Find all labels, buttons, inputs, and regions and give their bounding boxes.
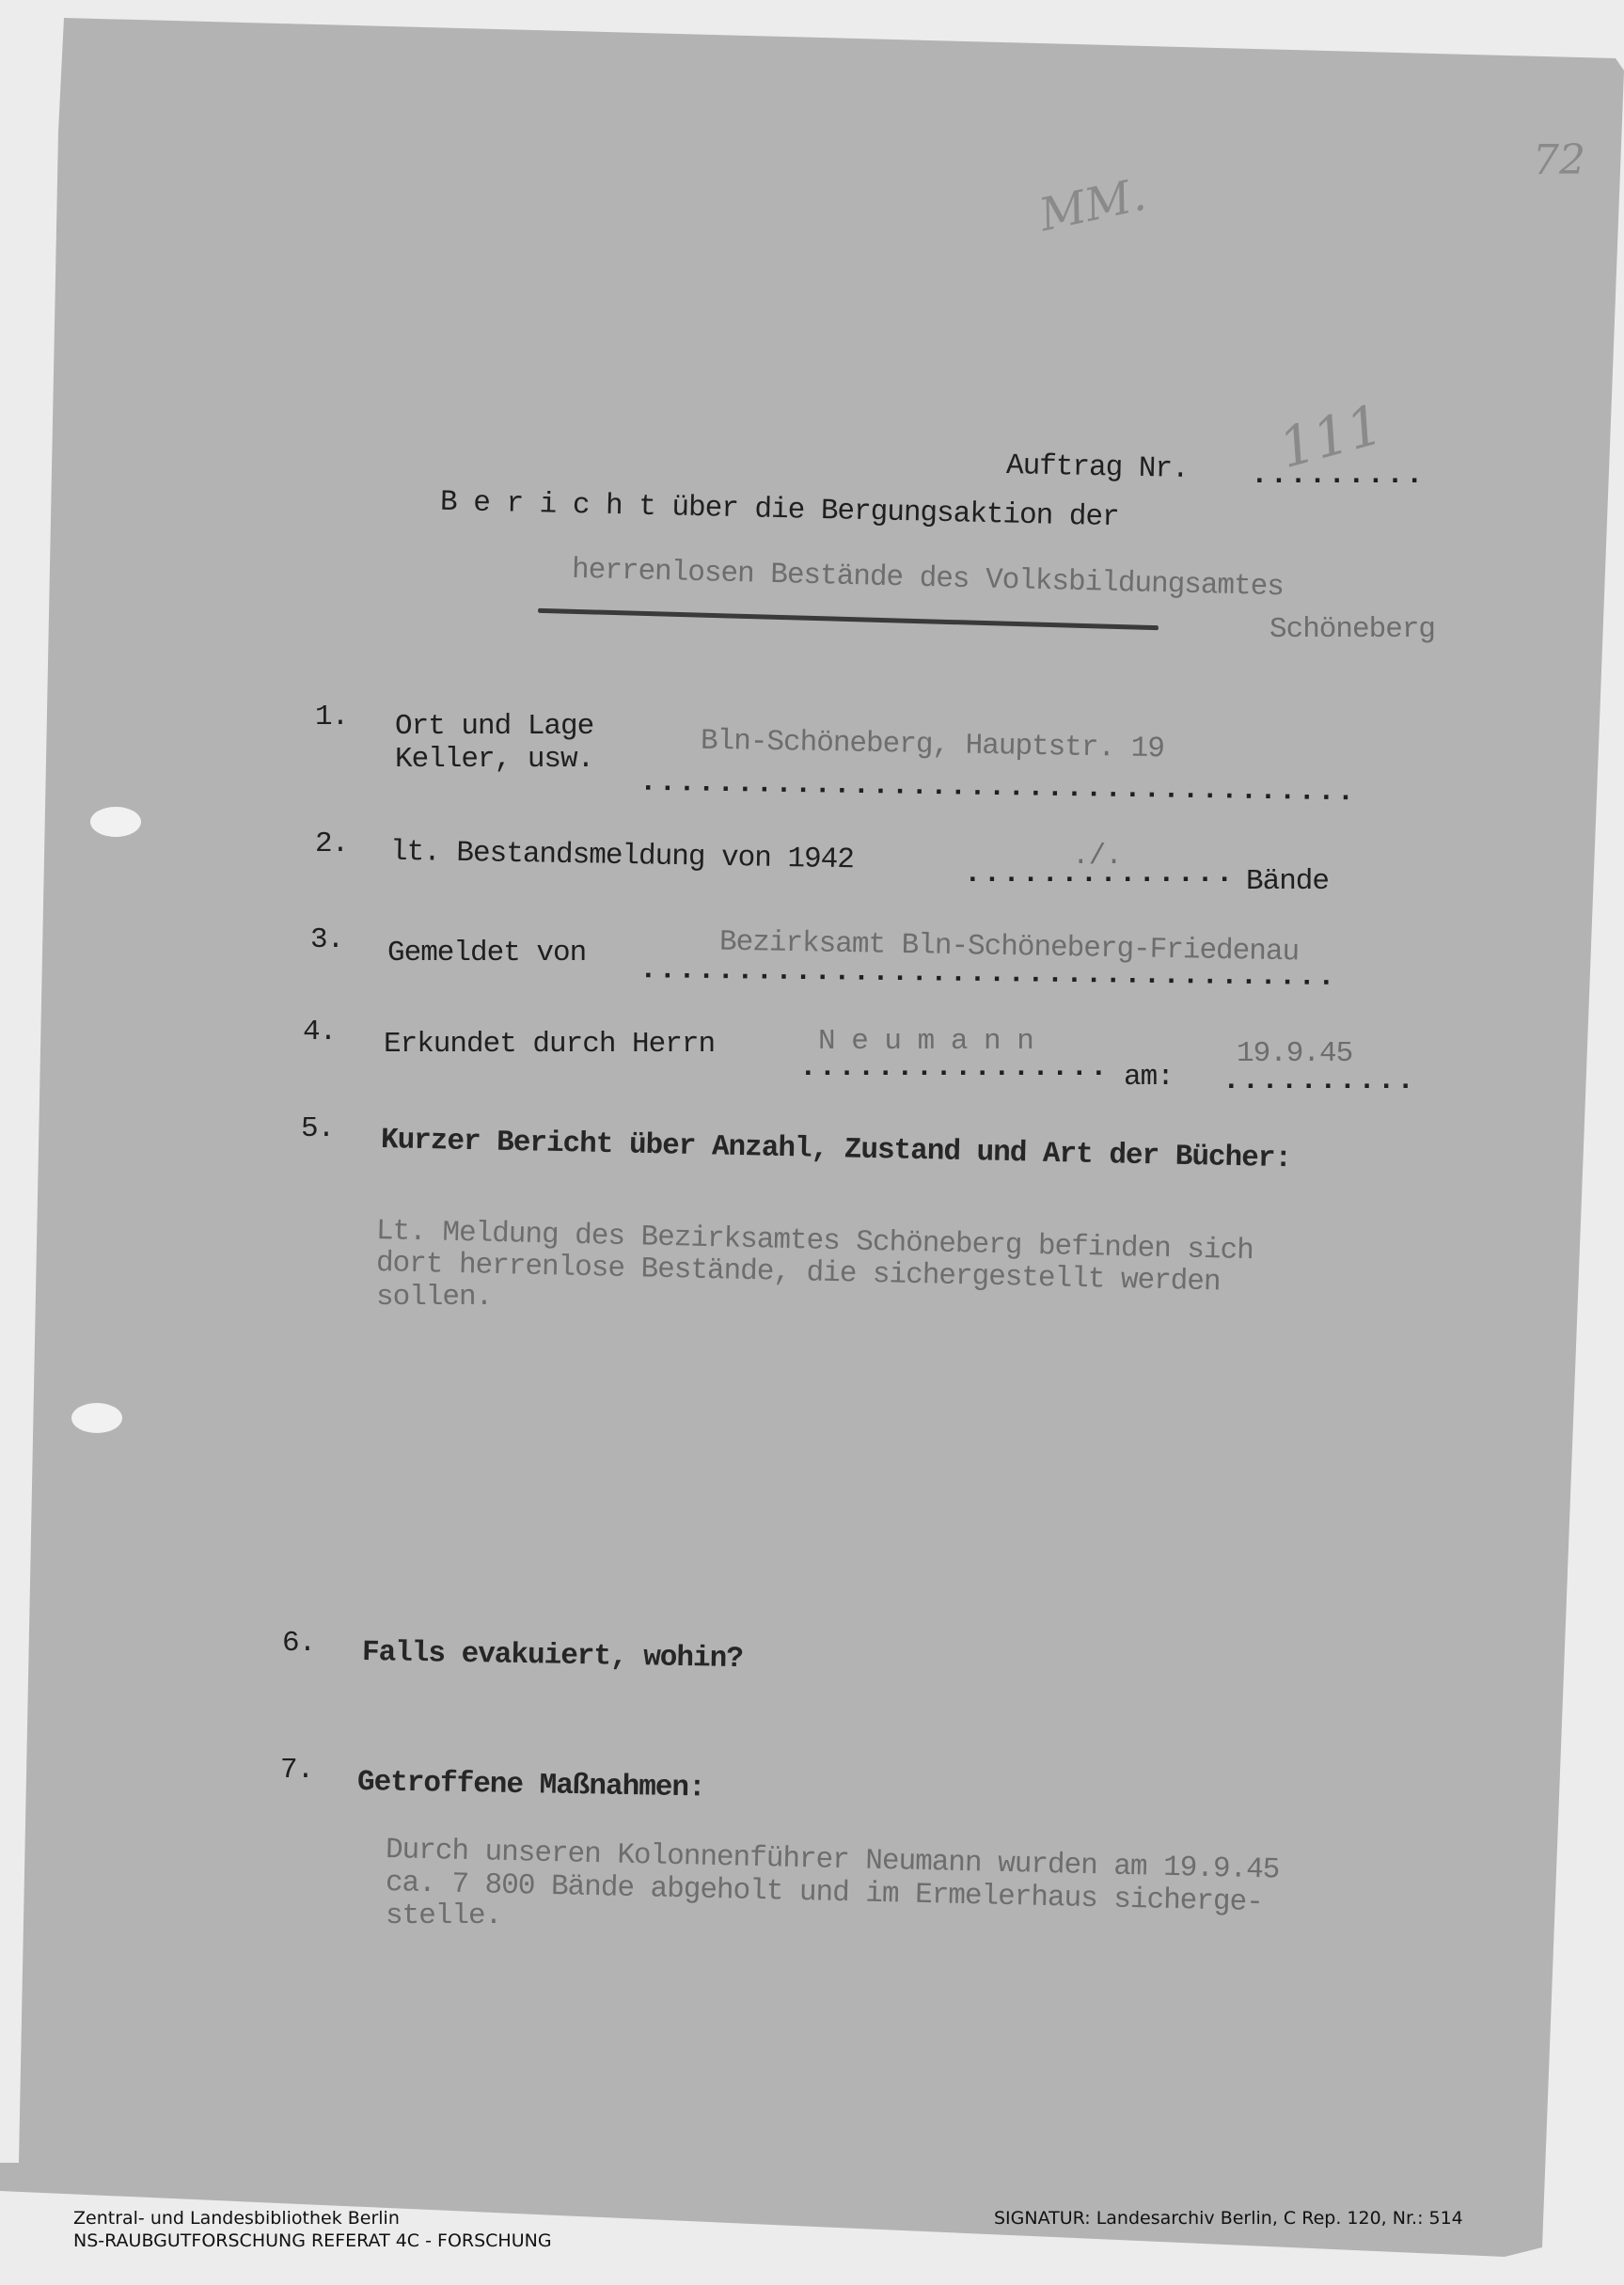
item-4-dots: ................ xyxy=(799,1051,1110,1084)
title-bericht: B e r i c h t xyxy=(440,486,656,524)
item-1-label-line1: Ort und Lage xyxy=(395,710,593,743)
footer-department: NS-RAUBGUTFORSCHUNG REFERAT 4C - FORSCHU… xyxy=(73,2230,552,2251)
item-7-body-line3: stelle. xyxy=(386,1899,501,1932)
item-6-number: 6. xyxy=(282,1627,315,1660)
item-4-date-dots: .......... xyxy=(1222,1064,1416,1097)
item-6-label: Falls evakuiert, wohin? xyxy=(362,1636,743,1676)
punch-hole-bottom xyxy=(71,1403,122,1433)
pencil-page-number: 72 xyxy=(1533,136,1585,184)
item-2-suffix: Bände xyxy=(1246,865,1329,898)
item-2-number: 2. xyxy=(315,827,348,860)
item-1-number: 1. xyxy=(315,701,348,733)
footer-library: Zentral- und Landesbibliothek Berlin xyxy=(73,2208,400,2229)
footer-signature: SIGNATUR: Landesarchiv Berlin, C Rep. 12… xyxy=(994,2208,1463,2229)
item-3-number: 3. xyxy=(310,923,343,956)
item-7-label: Getroffene Maßnahmen: xyxy=(357,1766,705,1804)
punch-hole-top xyxy=(90,807,141,837)
item-4-date-label: am: xyxy=(1124,1061,1174,1094)
item-5-number: 5. xyxy=(301,1112,334,1145)
report-title-line3: Schöneberg xyxy=(1269,613,1435,646)
item-2-dots: .............. xyxy=(964,858,1235,890)
item-5-body-line3: sollen. xyxy=(376,1281,492,1314)
auftrag-label: Auftrag Nr. xyxy=(1006,449,1189,486)
item-7-number: 7. xyxy=(280,1754,313,1787)
item-3-label: Gemeldet von xyxy=(387,937,586,969)
item-4-number: 4. xyxy=(303,1016,336,1048)
item-1-label-line2: Keller, usw. xyxy=(395,743,593,776)
item-4-label: Erkundet durch Herrn xyxy=(384,1028,715,1061)
